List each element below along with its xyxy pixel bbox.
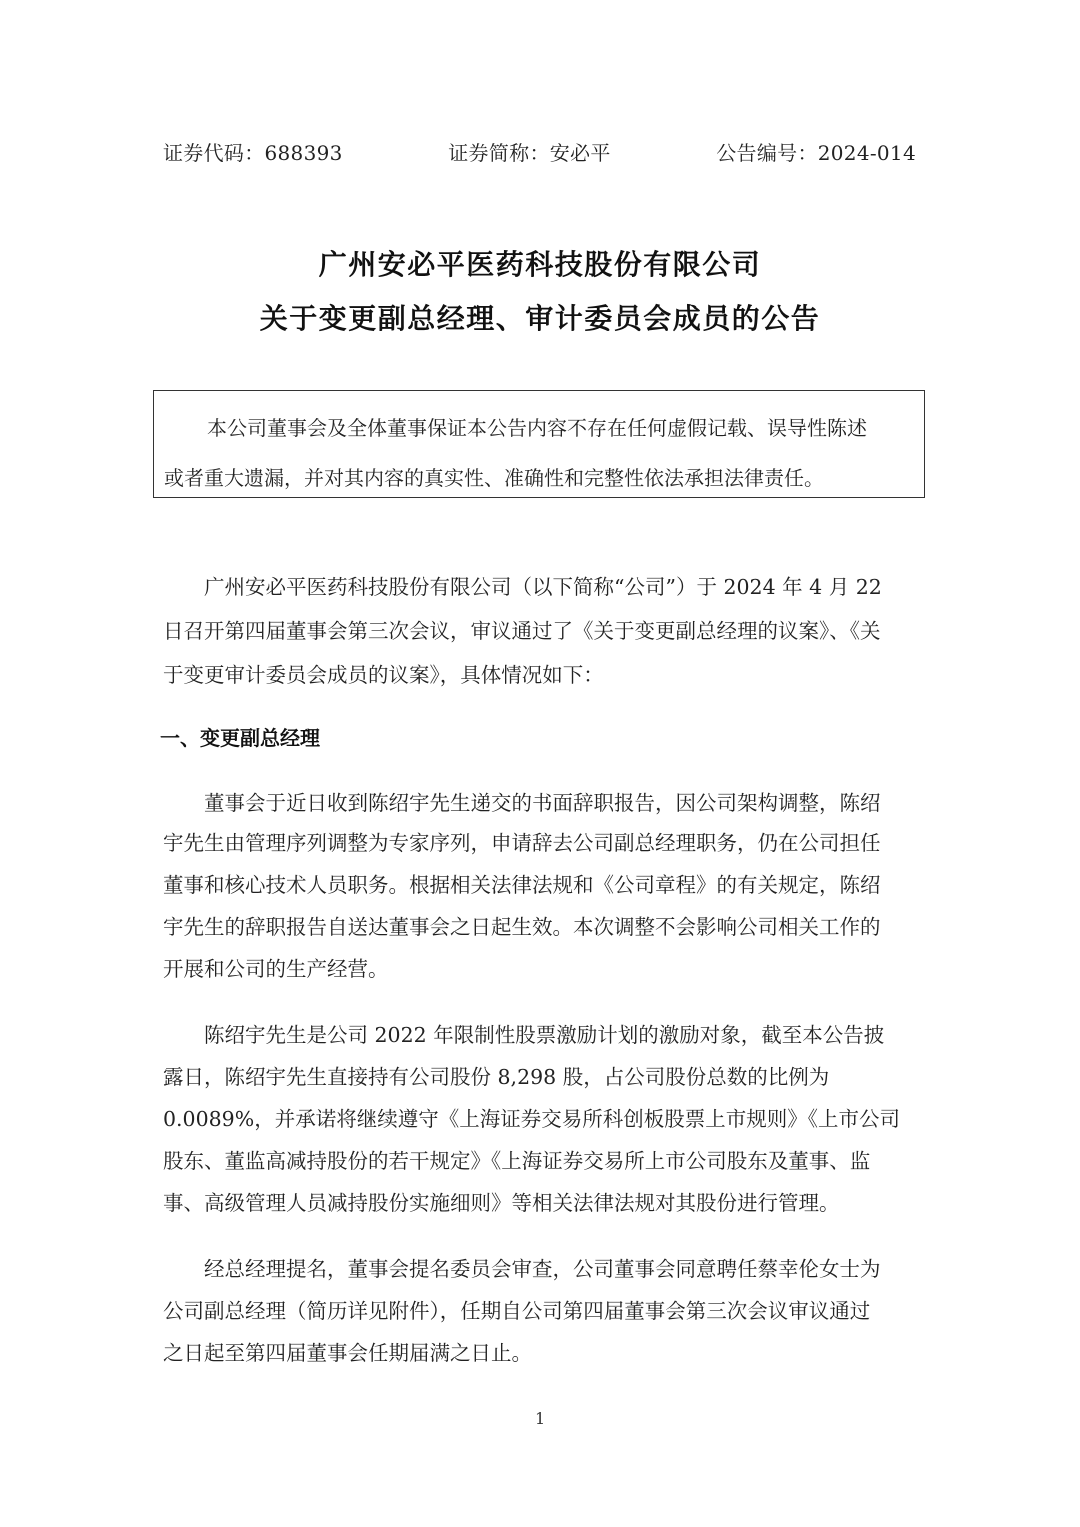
- paragraph-line: 董事会于近日收到陈绍宇先生递交的书面辞职报告，因公司架构调整，陈绍: [204, 788, 881, 818]
- announcement-title: 关于变更副总经理、审计委员会成员的公告: [0, 297, 1080, 337]
- paragraph-line: 公司副总经理（简历详见附件），任期自公司第四届董事会第三次会议审议通过: [163, 1296, 870, 1326]
- paragraph-line: 董事和核心技术人员职务。根据相关法律法规和《公司章程》的有关规定，陈绍: [163, 870, 881, 900]
- paragraph-line: 宇先生由管理序列调整为专家序列，申请辞去公司副总经理职务，仍在公司担任: [163, 828, 881, 858]
- intro-line: 广州安必平医药科技股份有限公司（以下简称“公司”）于 2024 年 4 月 22: [204, 572, 882, 602]
- stock-code: 证券代码：688393: [163, 138, 343, 168]
- disclaimer-line: 或者重大遗漏，并对其内容的真实性、准确性和完整性依法承担法律责任。: [164, 463, 824, 493]
- intro-line: 于变更审计委员会成员的议案》，具体情况如下：: [163, 660, 604, 690]
- header-info: 证券代码：688393 证券简称：安必平 公告编号：2024-014: [163, 138, 916, 168]
- paragraph-line: 开展和公司的生产经营。: [163, 954, 389, 984]
- paragraph-line: 宇先生的辞职报告自送达董事会之日起生效。本次调整不会影响公司相关工作的: [163, 912, 881, 942]
- document-page: 证券代码：688393 证券简称：安必平 公告编号：2024-014 广州安必平…: [0, 0, 1080, 1527]
- paragraph-line: 陈绍宇先生是公司 2022 年限制性股票激励计划的激励对象，截至本公告披: [204, 1020, 884, 1050]
- paragraph-line: 事、高级管理人员减持股份实施细则》等相关法律法规对其股份进行管理。: [163, 1188, 840, 1218]
- paragraph-line: 0.0089%，并承诺将继续遵守《上海证券交易所科创板股票上市规则》《上市公司: [163, 1104, 900, 1134]
- disclaimer-line: 本公司董事会及全体董事保证本公告内容不存在任何虚假记载、误导性陈述: [207, 413, 867, 443]
- disclaimer-box: 本公司董事会及全体董事保证本公告内容不存在任何虚假记载、误导性陈述 或者重大遗漏…: [153, 390, 925, 498]
- announcement-number: 公告编号：2024-014: [716, 138, 916, 168]
- paragraph-line: 经总经理提名，董事会提名委员会审查，公司董事会同意聘任蔡幸伦女士为: [204, 1254, 881, 1284]
- intro-line: 日召开第四届董事会第三次会议，审议通过了《关于变更副总经理的议案》、《关: [163, 616, 881, 646]
- stock-short-name: 证券简称：安必平: [448, 138, 610, 168]
- paragraph-line: 股东、董监高减持股份的若干规定》《上海证券交易所上市公司股东及董事、监: [163, 1146, 870, 1176]
- page-number: 1: [535, 1408, 545, 1430]
- company-title: 广州安必平医药科技股份有限公司: [0, 243, 1080, 283]
- paragraph-line: 露日，陈绍宇先生直接持有公司股份 8,298 股，占公司股份总数的比例为: [163, 1062, 829, 1092]
- paragraph-line: 之日起至第四届董事会任期届满之日止。: [163, 1338, 532, 1368]
- section-heading: 一、变更副总经理: [160, 723, 320, 753]
